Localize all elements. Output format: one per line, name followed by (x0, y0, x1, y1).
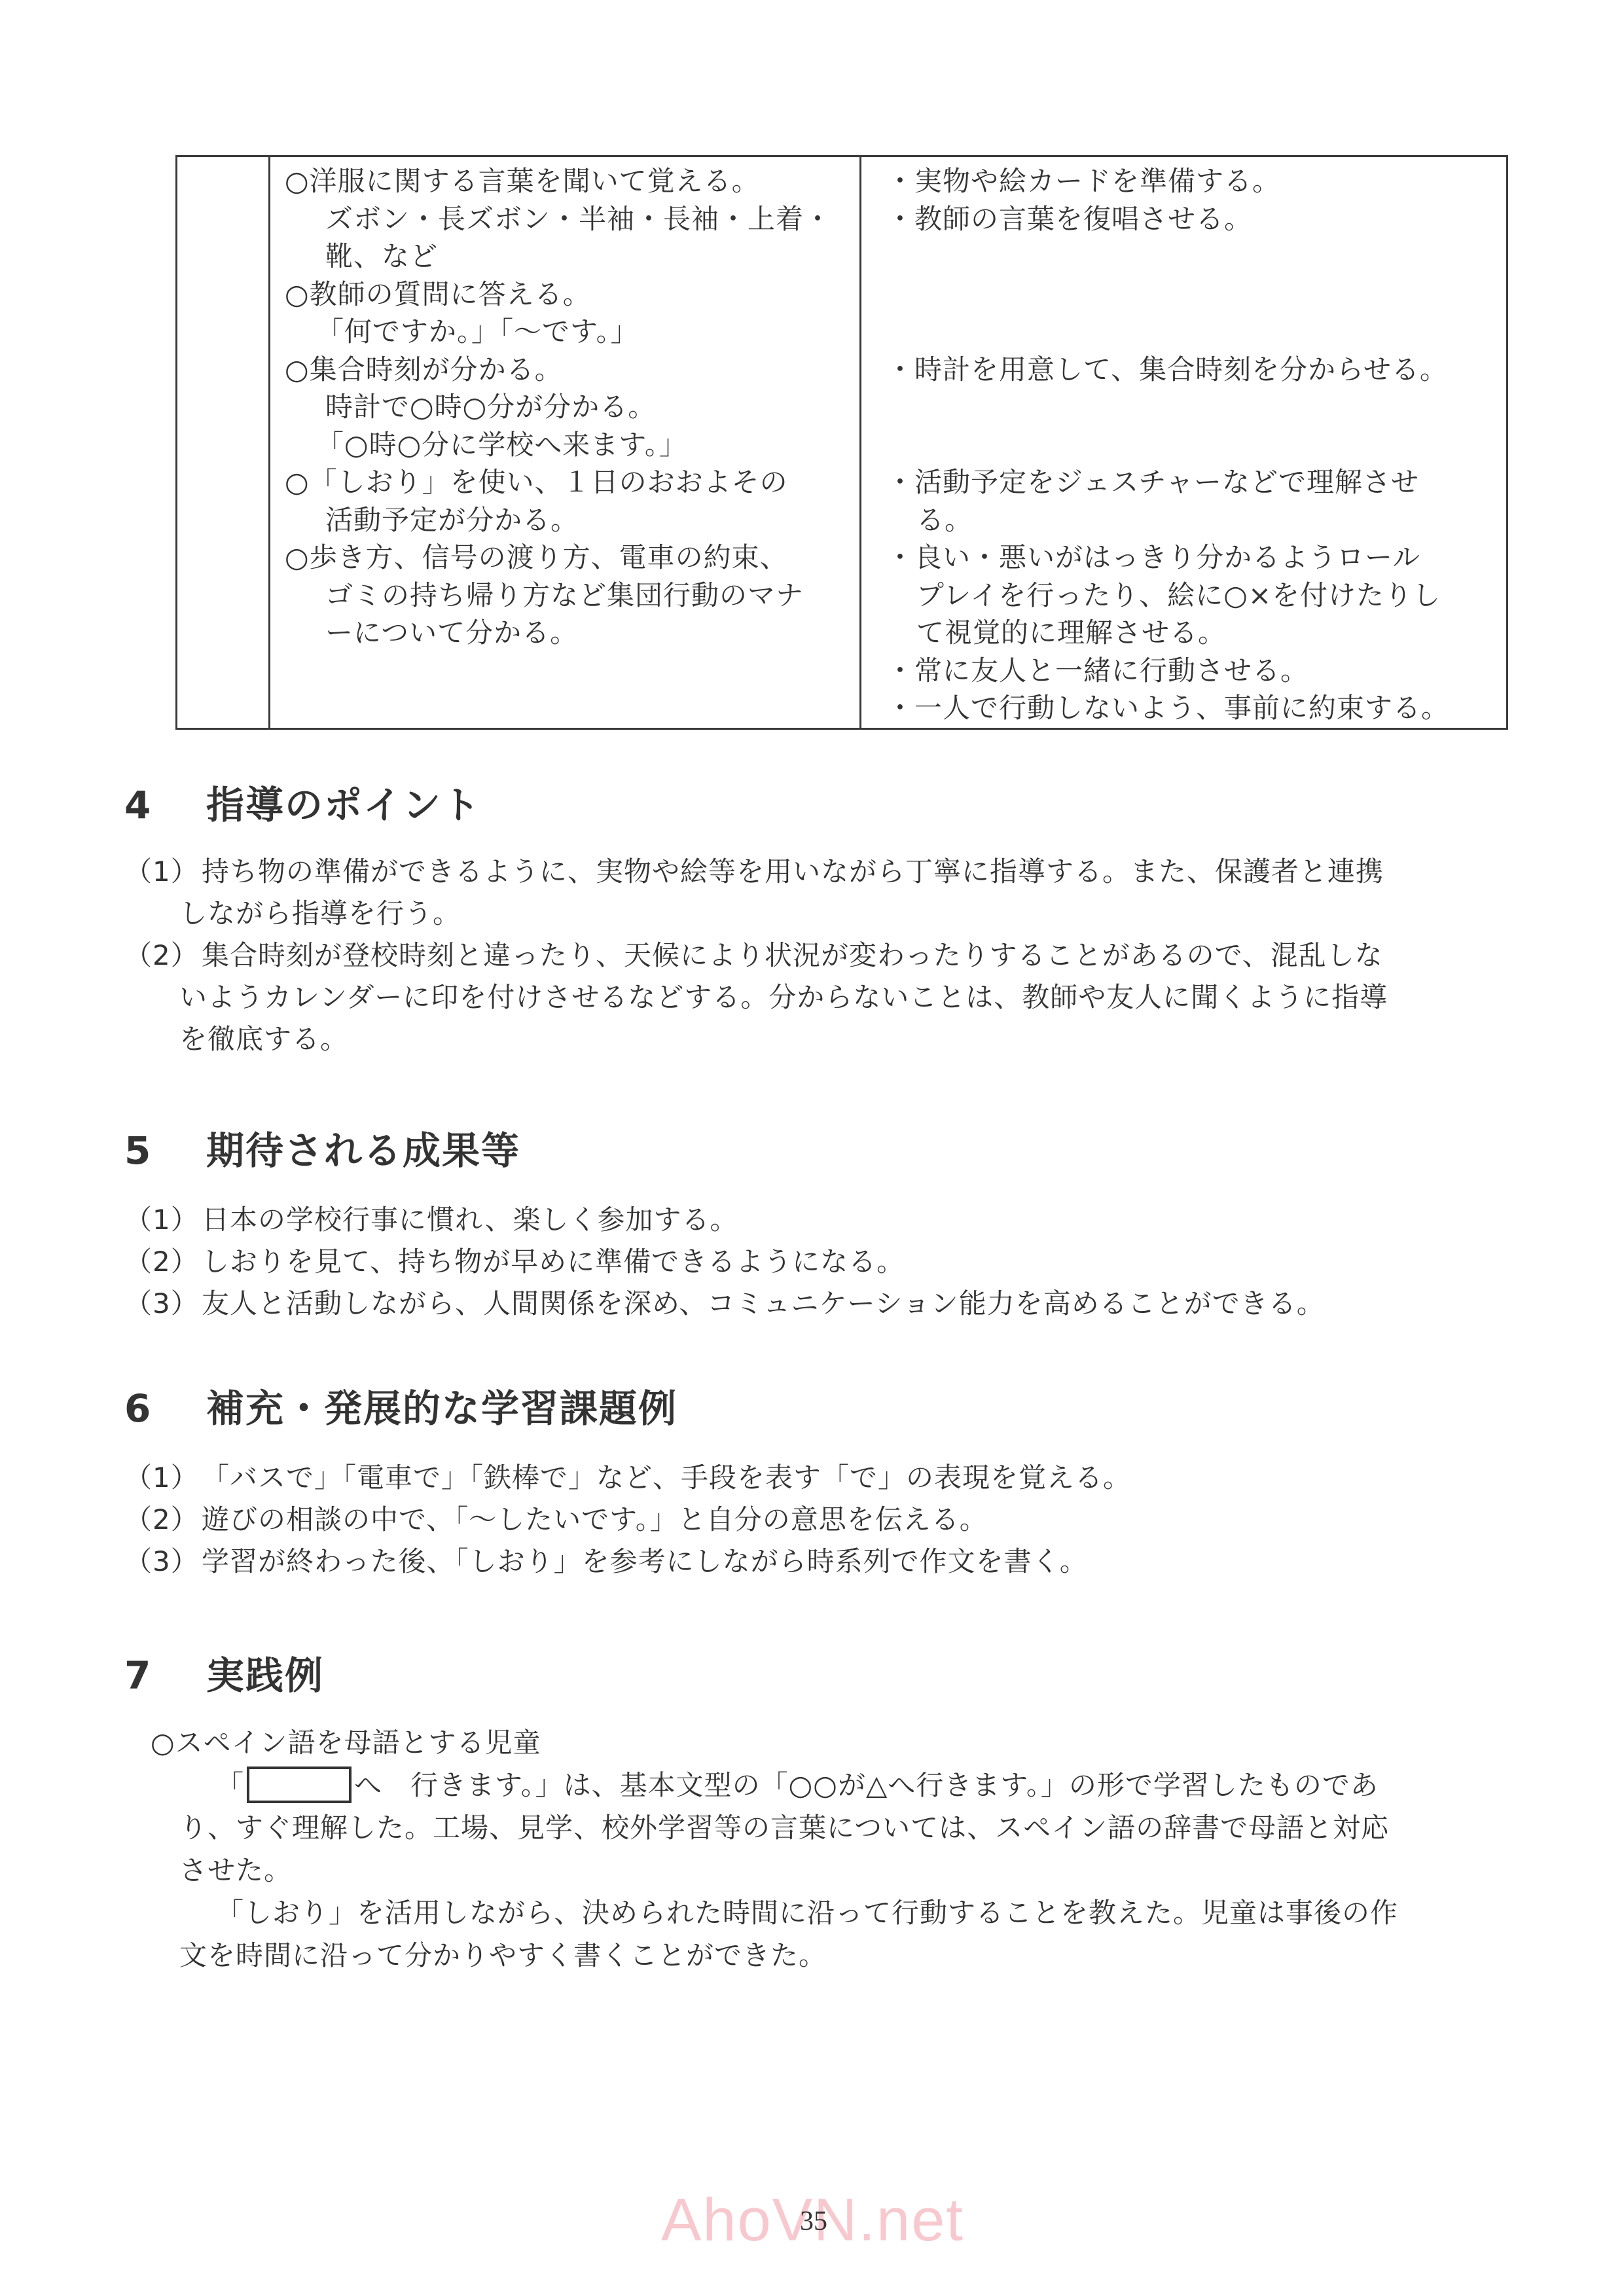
support-item: ・常に友人と一緒に行動させる。 (861, 652, 1506, 690)
section-expected-results: 5期待される成果等 （1）日本の学校行事に慣れ、楽しく参加する。 （2）しおりを… (124, 1124, 1512, 1325)
numbered-item: （1）「バスで」「電車で」「鉄棒で」など、手段を表す「で」の表現を覚える。 (124, 1457, 1512, 1499)
paragraph-text: へ 行きます。」は、基本文型の「○○が△へ行きます。」の形で学習したものであ (354, 1769, 1379, 1801)
item-text: 持ち物の準備ができるように、実物や絵等を用いながら丁寧に指導する。また、保護者と… (202, 855, 1384, 888)
activity-line: 「何ですか。」「～です。」 (270, 313, 859, 351)
activity-line: ○「しおり」を使い、１日のおおよその (270, 463, 859, 501)
example-paragraph-2: 「しおり」を活用しながら、決められた時間に沿って行動することを教えた。児童は事後… (124, 1892, 1512, 1934)
activity-item: ○歩き方、信号の渡り方、電車の約束、 ゴミの持ち帰り方など集団行動のマナ ーにつ… (270, 539, 859, 652)
item-text-continued: しながら指導を行う。 (124, 893, 1512, 935)
item-text: 友人と活動しながら、人間関係を深め、コミュニケーション能力を高めることができる。 (202, 1287, 1325, 1319)
item-text: 遊びの相談の中で、「～したいです。」と自分の意思を伝える。 (202, 1503, 988, 1535)
item-number: （1） (124, 1199, 202, 1241)
support-item: ・教師の言葉を復唱させる。 (861, 200, 1506, 238)
activity-item: ○洋服に関する言葉を聞いて覚える。 ズボン・長ズボン・半袖・長袖・上着・ 靴、な… (270, 162, 859, 276)
numbered-item: （2）集合時刻が登校時刻と違ったり、天候により状況が変わったりすることがあるので… (124, 935, 1512, 977)
activity-line: 「○時○分に学校へ来ます。」 (270, 426, 859, 464)
numbered-item: （1）持ち物の準備ができるように、実物や絵等を用いながら丁寧に指導する。また、保… (124, 851, 1512, 893)
section-title: 実践例 (206, 1653, 324, 1698)
numbered-item: （2）遊びの相談の中で、「～したいです。」と自分の意思を伝える。 (124, 1499, 1512, 1541)
activity-item: ○「しおり」を使い、１日のおおよその 活動予定が分かる。 (270, 463, 859, 539)
section-number: 5 (124, 1124, 206, 1177)
spacer (861, 238, 1506, 276)
support-line: ・教師の言葉を復唱させる。 (861, 200, 1506, 238)
support-line: て視覚的に理解させる。 (861, 614, 1506, 652)
section-heading: 4指導のポイント (124, 779, 1512, 831)
item-number: （1） (124, 1457, 202, 1499)
activity-item: ○集合時刻が分かる。 時計で○時○分が分かる。 「○時○分に学校へ来ます。」 (270, 351, 859, 464)
paragraph-text: させた。 (124, 1849, 1512, 1892)
paragraph-text: 文を時間に沿って分かりやすく書くことができた。 (124, 1934, 1512, 1977)
support-item: ・一人で行動しないよう、事前に約束する。 (861, 689, 1506, 727)
item-text: 集合時刻が登校時刻と違ったり、天候により状況が変わったりすることがあるので、混乱… (202, 939, 1383, 971)
spacer (861, 276, 1506, 314)
numbered-item: （3）友人と活動しながら、人間関係を深め、コミュニケーション能力を高めることがで… (124, 1283, 1512, 1325)
section-practice-example: 7実践例 ○スペイン語を母語とする児童 「へ 行きます。」は、基本文型の「○○が… (124, 1649, 1512, 1977)
spacer (861, 426, 1506, 464)
item-number: （2） (124, 935, 202, 977)
item-number: （3） (124, 1283, 202, 1325)
activity-line: ○集合時刻が分かる。 (270, 351, 859, 389)
item-number: （2） (124, 1499, 202, 1541)
section-number: 7 (124, 1649, 206, 1702)
section-heading: 5期待される成果等 (124, 1124, 1512, 1177)
numbered-item: （3）学習が終わった後、「しおり」を参考にしながら時系列で作文を書く。 (124, 1541, 1512, 1583)
section-supplementary-tasks: 6補充・発展的な学習課題例 （1）「バスで」「電車で」「鉄棒で」など、手段を表す… (124, 1382, 1512, 1583)
item-number: （2） (124, 1241, 202, 1283)
table-column-activities: ○洋服に関する言葉を聞いて覚える。 ズボン・長ズボン・半袖・長袖・上着・ 靴、な… (270, 157, 861, 728)
activity-line: 靴、など (270, 238, 859, 276)
section-title: 補充・発展的な学習課題例 (206, 1386, 677, 1431)
support-line: ・時計を用意して、集合時刻を分からせる。 (861, 351, 1506, 389)
support-line: ・一人で行動しないよう、事前に約束する。 (861, 689, 1506, 727)
numbered-item: （2）しおりを見て、持ち物が早めに準備できるようになる。 (124, 1241, 1512, 1283)
example-subheading: ○スペイン語を母語とする児童 (124, 1721, 1512, 1764)
activity-line: 活動予定が分かる。 (270, 501, 859, 539)
activity-line: ○教師の質問に答える。 (270, 276, 859, 314)
blank-box (247, 1767, 352, 1803)
spacer (861, 313, 1506, 351)
activity-line: ゴミの持ち帰り方など集団行動のマナ (270, 577, 859, 615)
support-item: ・活動予定をジェスチャーなどで理解させ る。 (861, 463, 1506, 539)
section-title: 期待される成果等 (206, 1128, 520, 1173)
item-text: 「バスで」「電車で」「鉄棒で」など、手段を表す「で」の表現を覚える。 (202, 1462, 1131, 1494)
support-line: る。 (861, 501, 1506, 539)
spacer (861, 388, 1506, 426)
section-heading: 6補充・発展的な学習課題例 (124, 1382, 1512, 1435)
item-number: （3） (124, 1541, 202, 1583)
activity-line: ○歩き方、信号の渡り方、電車の約束、 (270, 539, 859, 577)
section-heading: 7実践例 (124, 1649, 1512, 1702)
item-text: 学習が終わった後、「しおり」を参考にしながら時系列で作文を書く。 (202, 1545, 1088, 1577)
table-column-stage (177, 157, 270, 728)
document-page: ○洋服に関する言葉を聞いて覚える。 ズボン・長ズボン・半袖・長袖・上着・ 靴、な… (0, 0, 1624, 2296)
table-column-support: ・実物や絵カードを準備する。 ・教師の言葉を復唱させる。 ・時計を用意して、集合… (861, 157, 1506, 728)
activity-table: ○洋服に関する言葉を聞いて覚える。 ズボン・長ズボン・半袖・長袖・上着・ 靴、な… (175, 155, 1508, 730)
paragraph-text: り、すぐ理解した。工場、見学、校外学習等の言葉については、スペイン語の辞書で母語… (124, 1806, 1512, 1849)
section-number: 4 (124, 779, 206, 831)
support-line: ・実物や絵カードを準備する。 (861, 162, 1506, 200)
item-text: 日本の学校行事に慣れ、楽しく参加する。 (202, 1204, 738, 1236)
activity-line: ーについて分かる。 (270, 614, 859, 652)
page-number: 35 (800, 2206, 827, 2237)
support-item: ・良い・悪いがはっきり分かるようロール プレイを行ったり、絵に○×を付けたりし … (861, 539, 1506, 652)
activity-line: 時計で○時○分が分かる。 (270, 388, 859, 426)
activity-line: ズボン・長ズボン・半袖・長袖・上着・ (270, 200, 859, 238)
item-number: （1） (124, 851, 202, 893)
activity-item: ○教師の質問に答える。 「何ですか。」「～です。」 (270, 276, 859, 351)
item-text-continued: を徹底する。 (124, 1018, 1512, 1060)
support-item: ・時計を用意して、集合時刻を分からせる。 (861, 351, 1506, 389)
numbered-item: （1）日本の学校行事に慣れ、楽しく参加する。 (124, 1199, 1512, 1241)
section-title: 指導のポイント (206, 783, 481, 827)
open-quote: 「 (216, 1769, 244, 1801)
section-teaching-points: 4指導のポイント （1）持ち物の準備ができるように、実物や絵等を用いながら丁寧に… (124, 779, 1512, 1060)
section-number: 6 (124, 1382, 206, 1435)
activity-line: ○洋服に関する言葉を聞いて覚える。 (270, 162, 859, 200)
support-line: ・活動予定をジェスチャーなどで理解させ (861, 463, 1506, 501)
item-text-continued: いようカレンダーに印を付けさせるなどする。分からないことは、教師や友人に聞くよう… (124, 977, 1512, 1018)
item-text: しおりを見て、持ち物が早めに準備できるようになる。 (202, 1246, 905, 1278)
support-line: ・常に友人と一緒に行動させる。 (861, 652, 1506, 690)
support-line: ・良い・悪いがはっきり分かるようロール (861, 539, 1506, 577)
support-line: プレイを行ったり、絵に○×を付けたりし (861, 577, 1506, 615)
example-paragraph-1-first-line: 「へ 行きます。」は、基本文型の「○○が△へ行きます。」の形で学習したものであ (124, 1764, 1512, 1806)
support-item: ・実物や絵カードを準備する。 (861, 162, 1506, 200)
